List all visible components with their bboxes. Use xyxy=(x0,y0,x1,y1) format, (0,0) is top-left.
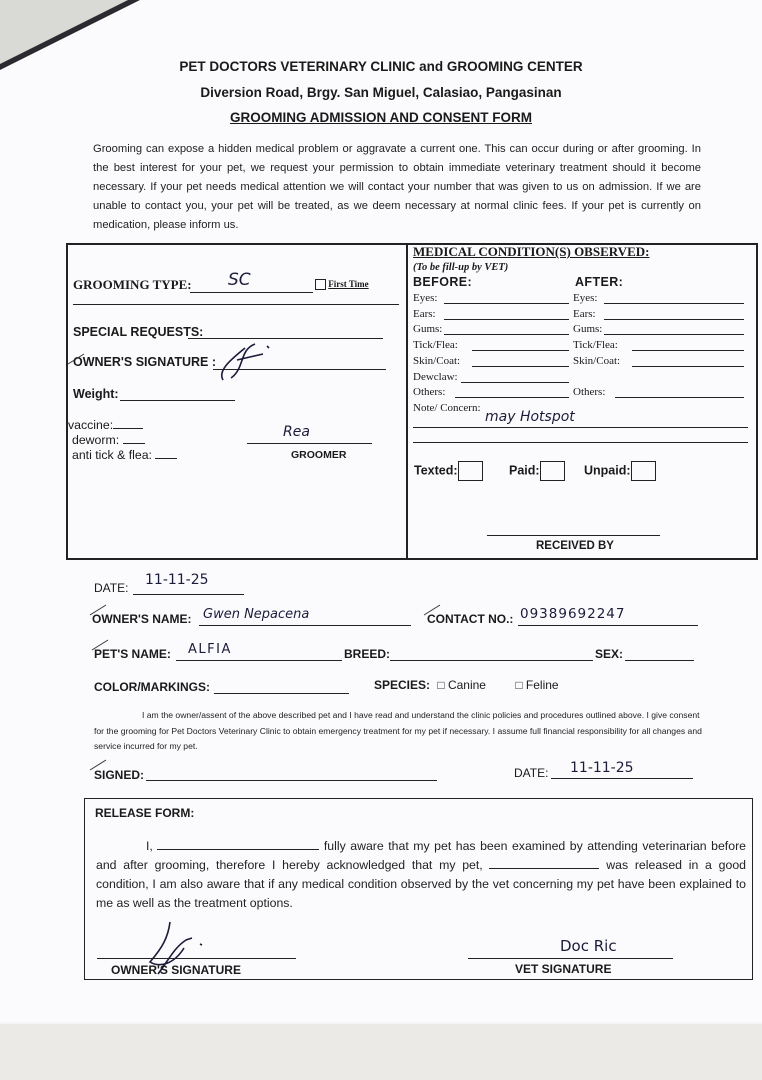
vet-signature-line xyxy=(468,958,673,959)
after-row-field[interactable] xyxy=(615,397,744,398)
weight-label: Weight: xyxy=(73,387,119,401)
before-row-field[interactable] xyxy=(461,382,569,383)
checkmark-icon xyxy=(422,603,442,617)
first-time-label: First Time xyxy=(328,279,368,289)
vet-signature-label: VET SIGNATURE xyxy=(515,962,611,976)
date-line xyxy=(133,594,244,595)
vaccine-label: vaccine: xyxy=(68,418,143,432)
checkmark-icon xyxy=(88,603,108,617)
after-row-label: Ears: xyxy=(573,308,596,320)
before-row-label: Skin/Coat: xyxy=(413,355,460,367)
consent-date-label: DATE: xyxy=(514,766,548,780)
checkmark-icon xyxy=(66,352,86,366)
grooming-extra-line xyxy=(73,304,399,305)
first-time-option[interactable]: First Time xyxy=(315,279,369,290)
before-row-field[interactable] xyxy=(444,334,569,335)
anti-tick-flea-label: anti tick & flea: xyxy=(72,448,177,462)
grooming-type-label: GROOMING TYPE: xyxy=(73,277,192,293)
before-row-field[interactable] xyxy=(472,350,569,351)
consent-date-field[interactable]: 11-11-25 xyxy=(570,760,634,776)
color-markings-label: COLOR/MARKINGS: xyxy=(94,680,210,694)
before-row-label: Dewclaw: xyxy=(413,371,458,383)
received-by-label: RECEIVED BY xyxy=(536,540,614,552)
pet-name-line xyxy=(176,660,342,661)
release-owner-signature-label: OWNER'S SIGNATURE xyxy=(111,963,241,977)
after-row-field[interactable] xyxy=(604,303,744,304)
before-row-label: Eyes: xyxy=(413,292,437,304)
received-by-line xyxy=(487,535,660,536)
after-row-label: Eyes: xyxy=(573,292,597,304)
unpaid-checkbox[interactable] xyxy=(631,461,656,481)
paid-checkbox[interactable] xyxy=(540,461,565,481)
species-canine-option[interactable]: □ Canine xyxy=(437,678,486,692)
sex-field[interactable] xyxy=(625,660,694,661)
after-row-field[interactable] xyxy=(604,334,744,335)
feline-checkbox[interactable]: □ xyxy=(515,678,522,692)
contact-line xyxy=(518,625,698,626)
groomer-signature-line xyxy=(247,443,372,444)
clinic-name: PET DOCTORS VETERINARY CLINIC and GROOMI… xyxy=(0,59,762,74)
species-label: SPECIES: xyxy=(374,678,430,692)
before-row-label: Gums: xyxy=(413,323,442,335)
unpaid-option[interactable]: Unpaid: xyxy=(584,461,656,481)
vet-signature[interactable]: Doc Ric xyxy=(560,937,617,955)
before-row-field[interactable] xyxy=(472,366,569,367)
before-row-label: Ears: xyxy=(413,308,436,320)
grooming-type-field[interactable]: SC xyxy=(228,270,251,290)
date-field[interactable]: 11-11-25 xyxy=(145,572,209,588)
checkmark-icon xyxy=(88,758,108,772)
note-line-2 xyxy=(413,442,748,443)
owner-name-line xyxy=(199,625,411,626)
note-concern-field[interactable]: may Hotspot xyxy=(485,409,575,425)
color-markings-field[interactable] xyxy=(214,693,349,694)
before-row-label: Tick/Flea: xyxy=(413,339,458,351)
species-feline-option[interactable]: □ Feline xyxy=(515,678,558,692)
after-row-field[interactable] xyxy=(632,350,744,351)
deworm-label: deworm: xyxy=(72,433,145,447)
before-row-field[interactable] xyxy=(444,303,569,304)
before-row-field[interactable] xyxy=(444,319,569,320)
after-row-label: Skin/Coat: xyxy=(573,355,620,367)
before-row-label: Others: xyxy=(413,386,445,398)
note-concern-label: Note/ Concern: xyxy=(413,402,481,414)
after-row-label: Tick/Flea: xyxy=(573,339,618,351)
medical-title: MEDICAL CONDITION(S) OBSERVED: xyxy=(413,244,649,260)
owner-signature-scribble[interactable] xyxy=(215,340,275,385)
breed-field[interactable] xyxy=(390,660,593,661)
after-row-field[interactable] xyxy=(604,319,744,320)
checkmark-icon xyxy=(90,638,110,652)
form-title: GROOMING ADMISSION AND CONSENT FORM xyxy=(0,110,762,125)
note-line-1 xyxy=(413,427,748,428)
consent-date-line xyxy=(551,778,693,779)
groomer-label: GROOMER xyxy=(291,449,346,461)
release-form-title: RELEASE FORM: xyxy=(95,806,194,820)
scan-corner xyxy=(0,0,128,64)
weight-field[interactable] xyxy=(120,400,235,401)
owner-signature-label: OWNER'S SIGNATURE : xyxy=(73,355,216,369)
clinic-address: Diversion Road, Brgy. San Miguel, Calasi… xyxy=(0,85,762,100)
texted-option[interactable]: Texted: xyxy=(414,461,483,481)
sex-label: SEX: xyxy=(595,647,623,661)
after-row-label: Gums: xyxy=(573,323,602,335)
box-divider xyxy=(406,243,408,558)
special-requests-label: SPECIAL REQUESTS: xyxy=(73,325,203,339)
consent-paragraph: I am the owner/assent of the above descr… xyxy=(94,708,704,755)
species-group: SPECIES: □ Canine □ Feline xyxy=(374,678,559,692)
grooming-type-line xyxy=(190,292,313,293)
first-time-checkbox[interactable] xyxy=(315,279,326,290)
before-heading: BEFORE: xyxy=(413,275,472,289)
signed-field[interactable] xyxy=(146,780,437,781)
contact-field[interactable]: 09389692247 xyxy=(520,606,625,622)
owner-name-field[interactable]: Gwen Nepacena xyxy=(203,607,309,622)
special-requests-field[interactable] xyxy=(188,338,383,339)
canine-checkbox[interactable]: □ xyxy=(437,678,444,692)
breed-label: BREED: xyxy=(344,647,390,661)
texted-checkbox[interactable] xyxy=(458,461,483,481)
intro-paragraph: Grooming can expose a hidden medical pro… xyxy=(93,140,701,235)
scan-bottom-strip xyxy=(0,1022,762,1080)
after-row-field[interactable] xyxy=(632,366,744,367)
release-paragraph: I, fully aware that my pet has been exam… xyxy=(96,837,746,913)
after-row-label: Others: xyxy=(573,386,605,398)
release-owner-name-field[interactable] xyxy=(157,849,319,850)
release-pet-name-field[interactable] xyxy=(489,868,599,869)
after-heading: AFTER: xyxy=(575,275,623,289)
medical-subtitle: (To be fill-up by VET) xyxy=(413,262,508,273)
paid-option[interactable]: Paid: xyxy=(509,461,565,481)
pet-name-field[interactable]: ALFIA xyxy=(188,642,232,657)
groomer-signature[interactable]: Rea xyxy=(283,424,310,440)
date-label: DATE: xyxy=(94,581,128,595)
before-row-field[interactable] xyxy=(455,397,569,398)
